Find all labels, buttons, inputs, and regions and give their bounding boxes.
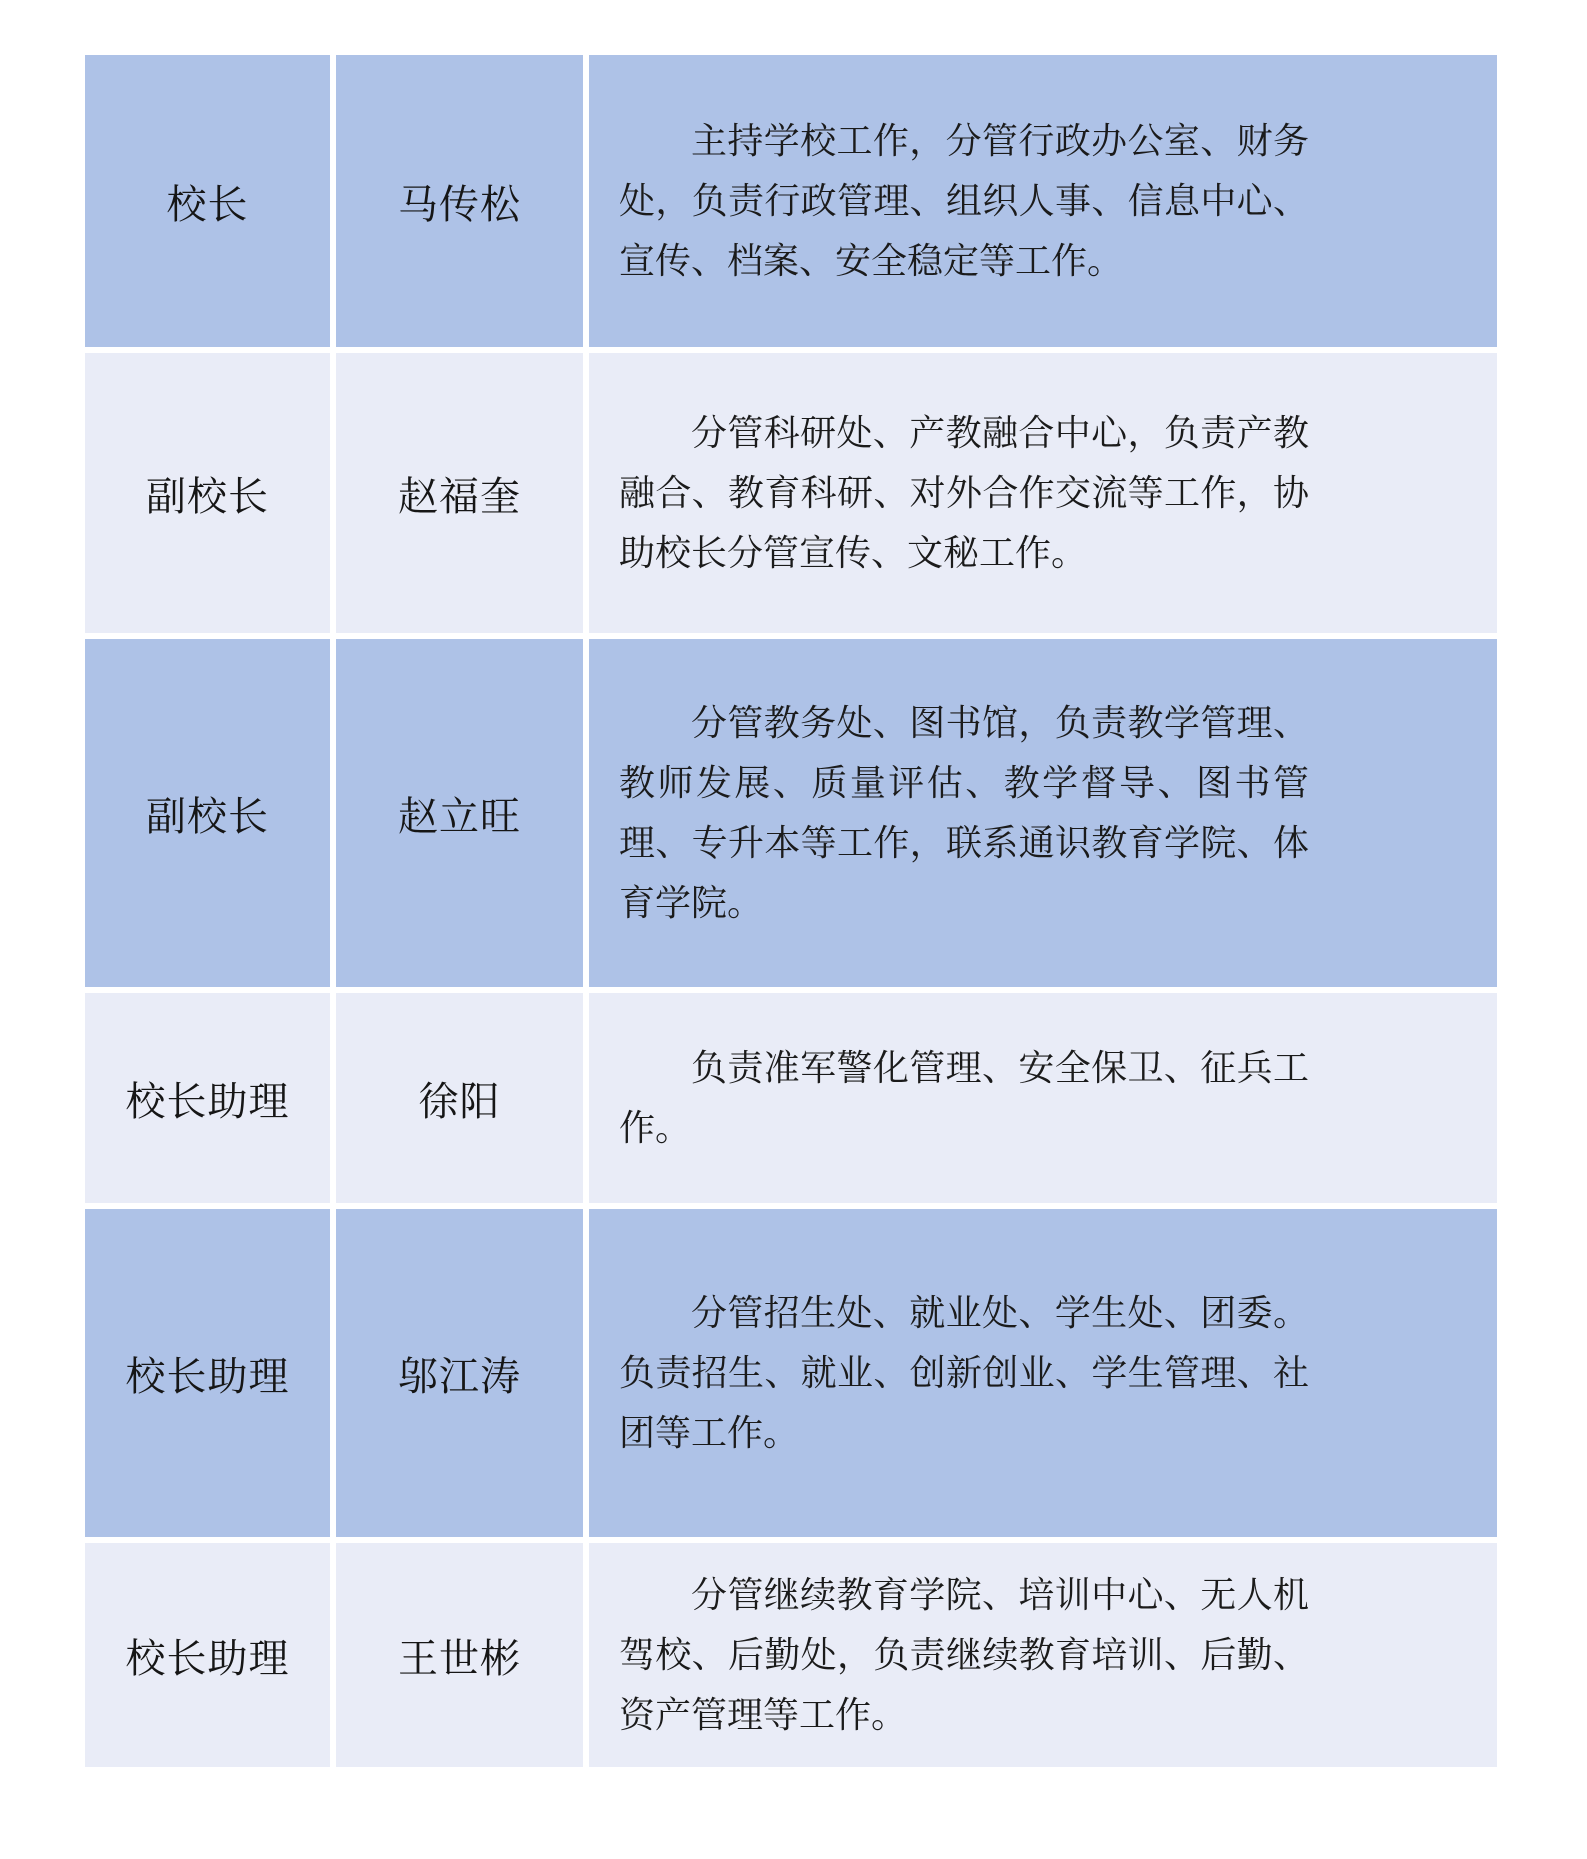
name-cell: 王世彬 (336, 1543, 583, 1767)
name-label: 邬江涛 (398, 1345, 521, 1402)
name-cell: 赵立旺 (336, 639, 583, 987)
name-label: 赵立旺 (398, 785, 521, 842)
position-cell: 副校长 (85, 639, 330, 987)
name-cell: 邬江涛 (336, 1209, 583, 1537)
position-label: 校长助理 (126, 1070, 290, 1127)
position-cell: 校长 (85, 55, 330, 347)
duty-cell: 分管继续教育学院、培训中心、无人机驾校、后勤处，负责继续教育培训、后勤、资产管理… (589, 1543, 1497, 1767)
position-label: 副校长 (146, 785, 269, 842)
duty-cell: 分管招生处、就业处、学生处、团委。负责招生、就业、创新创业、学生管理、社团等工作… (589, 1209, 1497, 1537)
position-label: 副校长 (146, 465, 269, 522)
name-cell: 赵福奎 (336, 353, 583, 633)
position-label: 校长助理 (126, 1627, 290, 1684)
name-cell: 马传松 (336, 55, 583, 347)
name-label: 徐阳 (419, 1070, 501, 1127)
duty-text: 分管继续教育学院、培训中心、无人机驾校、后勤处，负责继续教育培训、后勤、资产管理… (619, 1565, 1309, 1745)
position-cell: 校长助理 (85, 993, 330, 1203)
name-label: 王世彬 (398, 1627, 521, 1684)
duty-text: 分管教务处、图书馆，负责教学管理、教师发展、质量评估、教学督导、图书管理、专升本… (619, 693, 1309, 933)
leadership-duty-table: 校长 马传松 主持学校工作，分管行政办公室、财务处，负责行政管理、组织人事、信息… (85, 55, 1497, 1767)
duty-cell: 分管教务处、图书馆，负责教学管理、教师发展、质量评估、教学督导、图书管理、专升本… (589, 639, 1497, 987)
position-label: 校长助理 (126, 1345, 290, 1402)
position-cell: 校长助理 (85, 1209, 330, 1537)
position-label: 校长 (167, 173, 249, 230)
name-label: 马传松 (398, 173, 521, 230)
duty-text: 主持学校工作，分管行政办公室、财务处，负责行政管理、组织人事、信息中心、宣传、档… (619, 111, 1309, 291)
duty-cell: 负责准军警化管理、安全保卫、征兵工作。 (589, 993, 1497, 1203)
duty-cell: 分管科研处、产教融合中心，负责产教融合、教育科研、对外合作交流等工作，协助校长分… (589, 353, 1497, 633)
name-cell: 徐阳 (336, 993, 583, 1203)
duty-text: 负责准军警化管理、安全保卫、征兵工作。 (619, 1038, 1309, 1158)
position-cell: 副校长 (85, 353, 330, 633)
name-label: 赵福奎 (398, 465, 521, 522)
duty-text: 分管招生处、就业处、学生处、团委。负责招生、就业、创新创业、学生管理、社团等工作… (619, 1283, 1309, 1463)
duty-cell: 主持学校工作，分管行政办公室、财务处，负责行政管理、组织人事、信息中心、宣传、档… (589, 55, 1497, 347)
duty-text: 分管科研处、产教融合中心，负责产教融合、教育科研、对外合作交流等工作，协助校长分… (619, 403, 1309, 583)
position-cell: 校长助理 (85, 1543, 330, 1767)
document-page: 校长 马传松 主持学校工作，分管行政办公室、财务处，负责行政管理、组织人事、信息… (0, 0, 1587, 1859)
